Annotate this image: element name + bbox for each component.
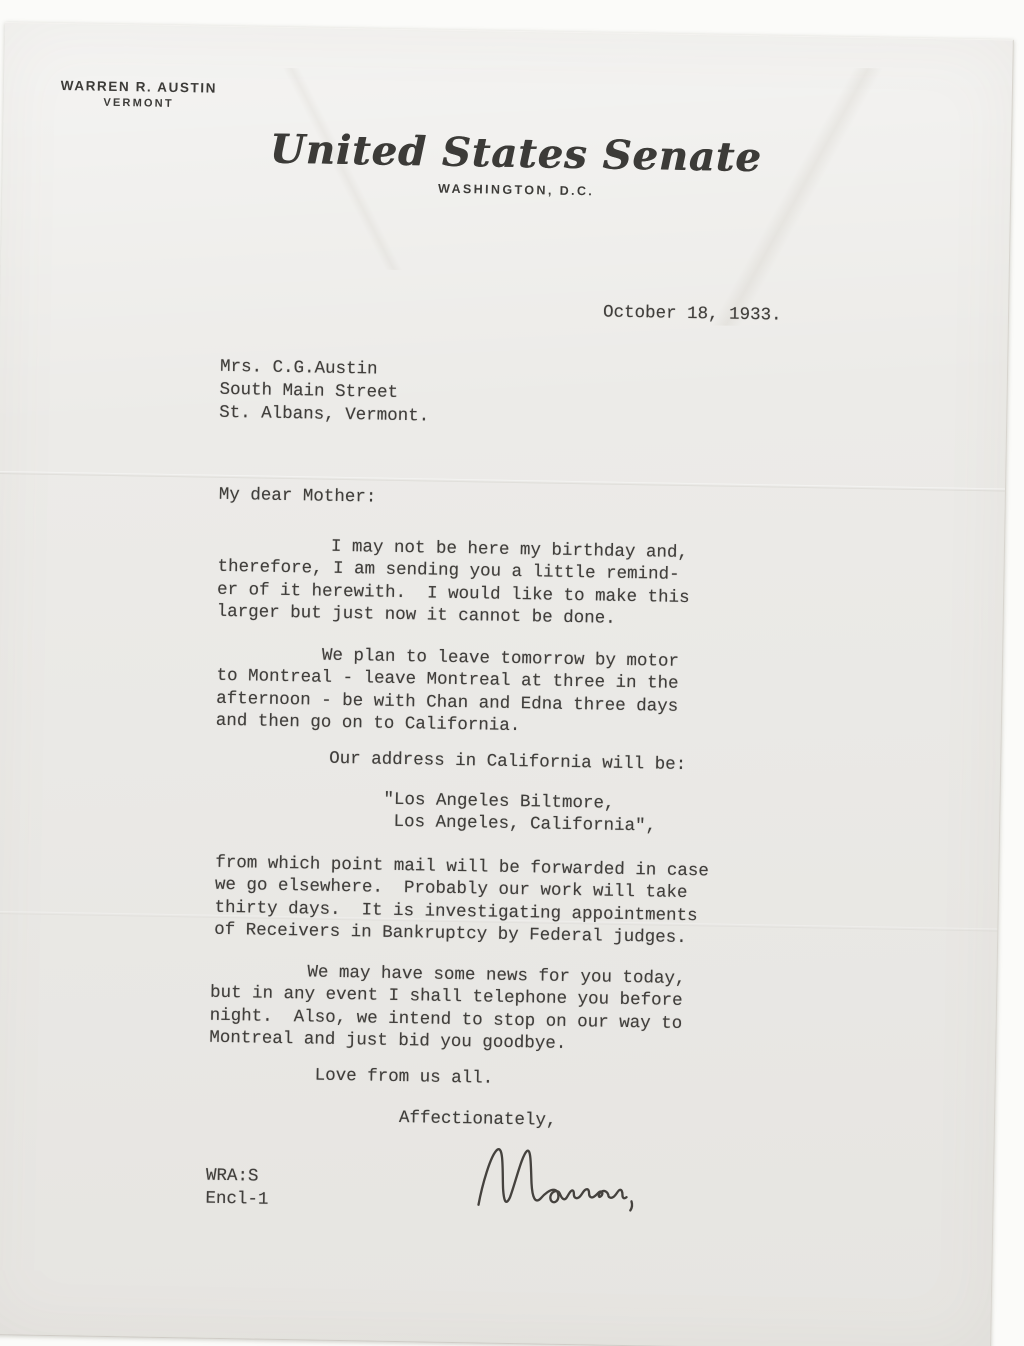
california-address: "Los Angeles Biltmore, Los Angeles, Cali…: [383, 789, 657, 838]
sender-state: VERMONT: [54, 96, 224, 111]
body-paragraph: We may have some news for you today, but…: [209, 960, 686, 1057]
love-line: Love from us all.: [314, 1065, 493, 1090]
body-paragraph: Our address in California will be:: [329, 748, 686, 777]
letter-date: October 18, 1933.: [603, 301, 782, 326]
closing-line: Affectionately,: [399, 1107, 557, 1132]
fold-line: [0, 471, 1005, 492]
recipient-address: Mrs. C.G.Austin South Main Street St. Al…: [219, 356, 430, 429]
body-paragraph: I may not be here my birthday and, there…: [217, 534, 691, 631]
letter-page: WARREN R. AUSTIN VERMONT United States S…: [0, 22, 1014, 1346]
sender-name: WARREN R. AUSTIN: [54, 78, 224, 96]
signature: [472, 1137, 635, 1224]
signature-script: [472, 1137, 635, 1224]
reference-initials: WRA:S Encl-1: [205, 1165, 269, 1212]
body-paragraph: from which point mail will be forwarded …: [214, 852, 709, 950]
letterhead-sender-block: WARREN R. AUSTIN VERMONT: [54, 78, 224, 111]
body-paragraph: We plan to leave tomorrow by motor to Mo…: [216, 643, 680, 740]
salutation: My dear Mother:: [219, 484, 377, 509]
